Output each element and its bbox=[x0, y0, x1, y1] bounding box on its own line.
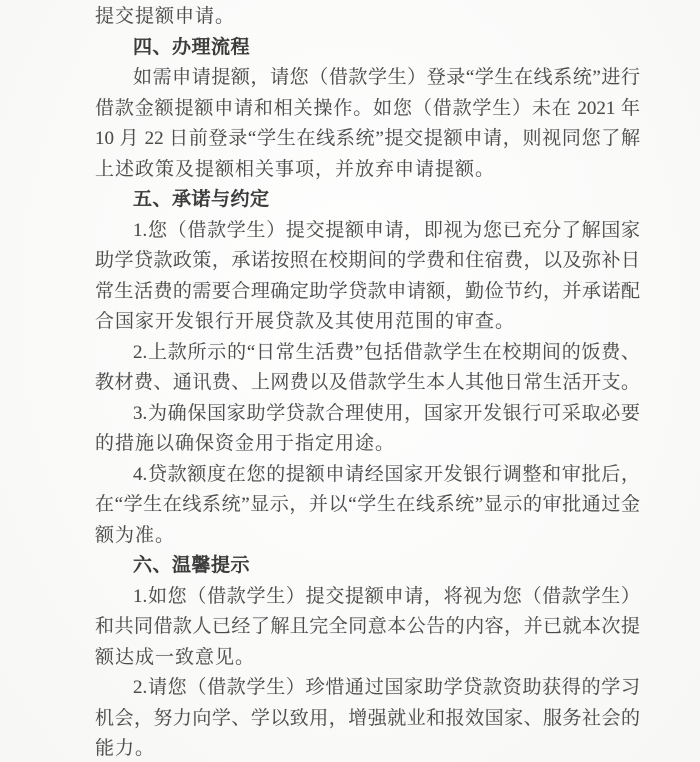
text-line: 2.上款所示的“日常生活费”包括借款学生在校期间的饭费、 bbox=[95, 338, 640, 369]
text-line: 如需申请提额，请您（借款学生）登录“学生在线系统”进行 bbox=[95, 63, 640, 94]
text-line: 教材费、通讯费、上网费以及借款学生本人其他日常生活开支。 bbox=[95, 368, 640, 399]
text-line: 额为准。 bbox=[95, 521, 640, 552]
text-line: 能力。 bbox=[95, 734, 640, 762]
text-line: 机会，努力向学、学以致用，增强就业和报效国家、服务社会的 bbox=[95, 704, 640, 735]
document-body: 提交提额申请。四、办理流程如需申请提额，请您（借款学生）登录“学生在线系统”进行… bbox=[95, 2, 640, 762]
text-line: 10 月 22 日前登录“学生在线系统”提交提额申请，则视同您了解 bbox=[95, 124, 640, 155]
text-line: 助学贷款政策，承诺按照在校期间的学费和住宿费，以及弥补日 bbox=[95, 246, 640, 277]
scanned-document-page: 提交提额申请。四、办理流程如需申请提额，请您（借款学生）登录“学生在线系统”进行… bbox=[0, 0, 700, 762]
section-heading: 五、承诺与约定 bbox=[95, 185, 640, 216]
text-line: 合国家开发银行开展贷款及其使用范围的审查。 bbox=[95, 307, 640, 338]
text-line: 额达成一致意见。 bbox=[95, 643, 640, 674]
section-heading: 四、办理流程 bbox=[95, 33, 640, 64]
text-line: 3.为确保国家助学贷款合理使用，国家开发银行可采取必要 bbox=[95, 399, 640, 430]
text-line: 1.您（借款学生）提交提额申请，即视为您已充分了解国家 bbox=[95, 216, 640, 247]
text-line: 借款金额提额申请和相关操作。如您（借款学生）未在 2021 年 bbox=[95, 94, 640, 125]
text-line: 2.请您（借款学生）珍惜通过国家助学贷款资助获得的学习 bbox=[95, 673, 640, 704]
text-line: 和共同借款人已经了解且完全同意本公告的内容，并已就本次提 bbox=[95, 612, 640, 643]
text-line: 提交提额申请。 bbox=[95, 2, 640, 33]
section-heading: 六、温馨提示 bbox=[95, 551, 640, 582]
text-line: 的措施以确保资金用于指定用途。 bbox=[95, 429, 640, 460]
text-line: 上述政策及提额相关事项，并放弃申请提额。 bbox=[95, 155, 640, 186]
text-line: 1.如您（借款学生）提交提额申请，将视为您（借款学生） bbox=[95, 582, 640, 613]
text-line: 常生活费的需要合理确定助学贷款申请额，勤俭节约，并承诺配 bbox=[95, 277, 640, 308]
text-line: 4.贷款额度在您的提额申请经国家开发银行调整和审批后， bbox=[95, 460, 640, 491]
text-line: 在“学生在线系统”显示，并以“学生在线系统”显示的审批通过金 bbox=[95, 490, 640, 521]
